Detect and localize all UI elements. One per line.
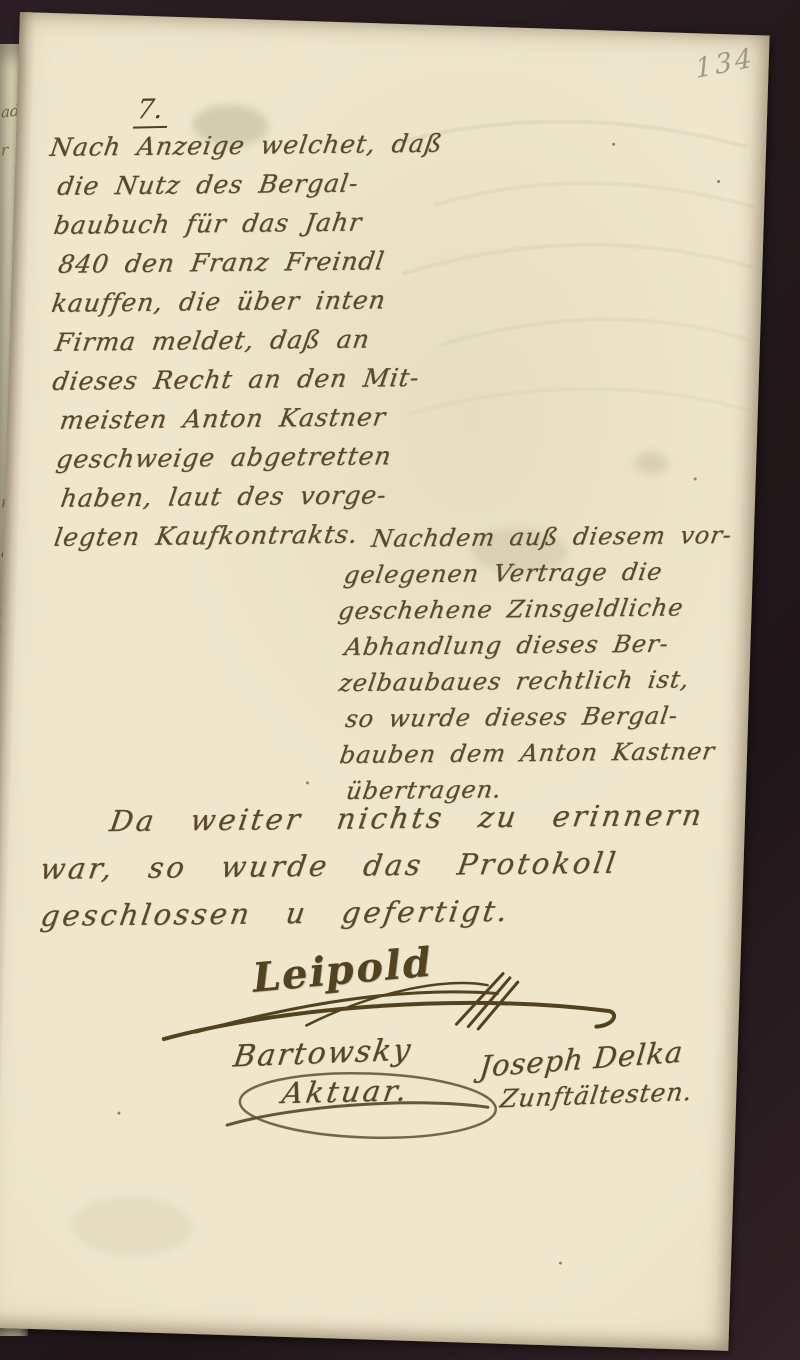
text-line: baubuch für das Jahr: [50, 206, 493, 250]
page-number: 134: [694, 42, 756, 85]
text-line: Da weiter nichts zu erinnern: [106, 798, 733, 852]
text-line: 840 den Franz Freindl: [55, 245, 494, 289]
text-line: kauffen, die über inten: [48, 284, 494, 328]
text-line: war, so wurde das Protokoll: [36, 845, 733, 899]
text-line: die Nutz des Bergal-: [54, 167, 493, 211]
text-line: geschlossen u gefertigt.: [37, 892, 734, 946]
manuscript-page: 134 7. Nach Anzeige welchet, daßdie Nutz…: [0, 12, 770, 1351]
paper-stain: [71, 1194, 193, 1258]
text-line: Nach Anzeige welchet, daß: [47, 128, 493, 172]
signature-witness-title: Zunftältesten.: [498, 1077, 694, 1114]
signature-actuary-title: Aktuar.: [280, 1073, 412, 1110]
paragraph-2: Nachdem auß diesem vor-gelegenen Vertrag…: [334, 521, 767, 813]
section-heading: 7.: [133, 94, 171, 129]
text-line: gelegenen Vertrage die: [341, 557, 770, 597]
ink-speck: [306, 781, 309, 784]
text-line: Abhandlung dieses Ber-: [342, 629, 771, 669]
text-line: haben, laut des vorge-: [57, 479, 496, 523]
text-line: geschweige abgetretten: [53, 440, 496, 484]
text-line: geschehene Zinsgeldliche: [335, 593, 770, 634]
text-line: bauben dem Anton Kastner: [337, 737, 772, 778]
ink-speck: [117, 1112, 120, 1115]
ink-speck: [559, 1262, 562, 1265]
text-line: so wurde dieses Bergal-: [342, 701, 771, 741]
text-line: dieses Recht an den Mit-: [49, 362, 495, 406]
paragraph-3: Da weiter nichts zu erinnernwar, so wurd…: [35, 798, 726, 946]
signature-actuary-name: Bartowsky: [231, 1032, 414, 1074]
book-scan: ad,rman ülbfm,aßbrlmltyafendermigtmd dl.…: [0, 0, 800, 1360]
text-line: meisten Anton Kastner: [56, 401, 495, 445]
text-line: Firma meldet, daß an: [52, 323, 495, 367]
text-line: Nachdem auß diesem vor-: [368, 521, 769, 561]
text-line: zelbaubaues rechtlich ist,: [336, 665, 771, 706]
paragraph-1: Nach Anzeige welchet, daßdie Nutz des Be…: [46, 128, 490, 562]
